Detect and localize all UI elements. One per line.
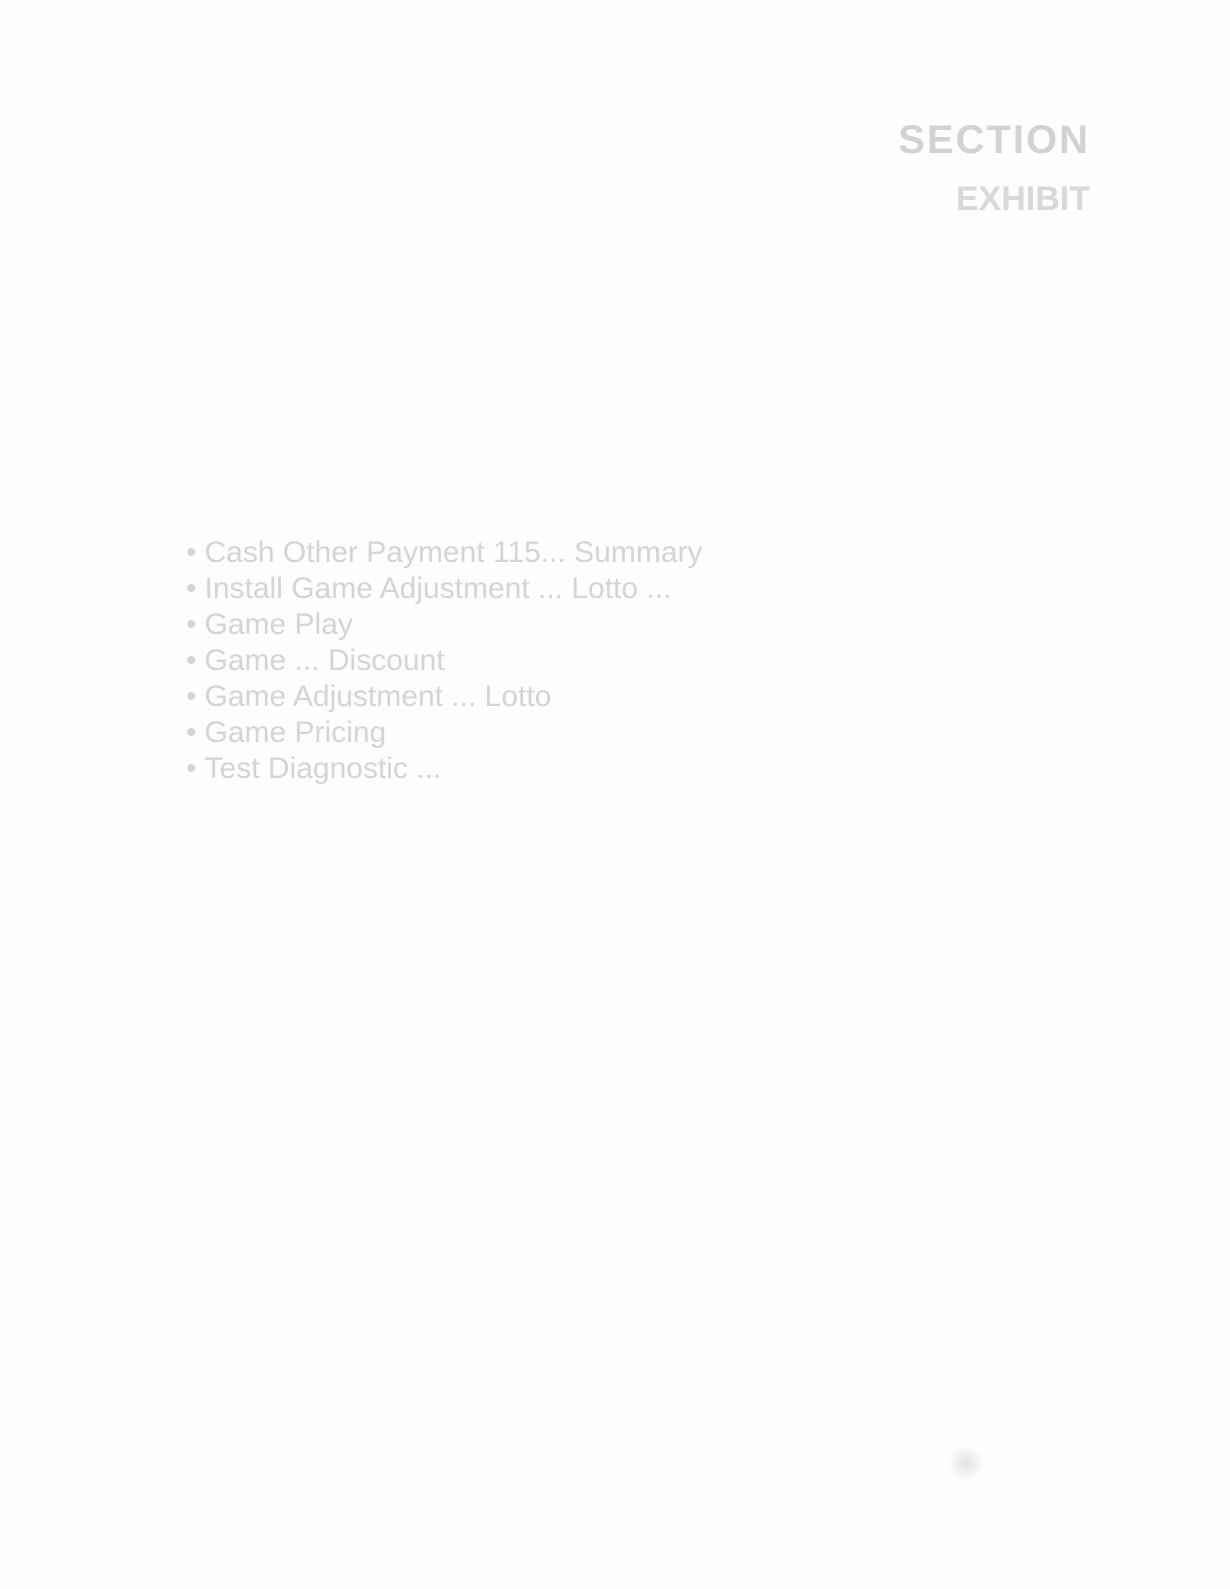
table-cell <box>678 1190 834 1212</box>
bullet-list: Cash Other Payment 115... Summary Instal… <box>186 535 703 787</box>
table-cell <box>522 1146 678 1168</box>
table-cell <box>366 1168 522 1190</box>
column-header <box>210 1080 366 1102</box>
table-row <box>210 1190 990 1212</box>
scan-smudge <box>948 1445 984 1481</box>
list-item: Test Diagnostic ... <box>186 751 703 787</box>
column-header <box>834 1080 990 1102</box>
table-cell <box>210 1190 366 1212</box>
column-header <box>522 1080 678 1102</box>
table-cell <box>366 1212 522 1234</box>
table-cell <box>366 1102 522 1124</box>
table-cell <box>210 1102 366 1124</box>
table-row <box>210 1168 990 1190</box>
table-cell <box>834 1102 990 1124</box>
table-cell <box>522 1212 678 1234</box>
table-cell <box>834 1146 990 1168</box>
heading-line-2: EXHIBIT <box>956 180 1090 219</box>
table-cell <box>834 1212 990 1234</box>
list-item: Game Pricing <box>186 715 703 751</box>
list-item: Game ... Discount <box>186 643 703 679</box>
list-item: Cash Other Payment 115... Summary <box>186 535 703 571</box>
table-cell <box>210 1212 366 1234</box>
list-item: Game Play <box>186 607 703 643</box>
table-cell <box>522 1124 678 1146</box>
table-cell <box>834 1190 990 1212</box>
list-item: Install Game Adjustment ... Lotto ... <box>186 571 703 607</box>
heading-line-1: SECTION <box>898 118 1090 163</box>
table-cell <box>678 1212 834 1234</box>
table-row <box>210 1146 990 1168</box>
table-row <box>210 1102 990 1124</box>
table-row <box>210 1212 990 1234</box>
table-cell <box>366 1190 522 1212</box>
column-header <box>366 1080 522 1102</box>
table-cell <box>678 1124 834 1146</box>
table-cell <box>210 1146 366 1168</box>
table-row <box>210 1124 990 1146</box>
table-cell <box>366 1124 522 1146</box>
table-cell <box>522 1190 678 1212</box>
list-item: Game Adjustment ... Lotto <box>186 679 703 715</box>
table-cell <box>522 1102 678 1124</box>
table-cell <box>678 1146 834 1168</box>
table-cell <box>210 1168 366 1190</box>
data-table <box>210 1080 990 1234</box>
table-cell <box>522 1168 678 1190</box>
table-cell <box>834 1124 990 1146</box>
table-cell <box>210 1124 366 1146</box>
table-header-row <box>210 1080 990 1102</box>
table-cell <box>678 1102 834 1124</box>
table-cell <box>834 1168 990 1190</box>
table-cell <box>366 1146 522 1168</box>
column-header <box>678 1080 834 1102</box>
table-cell <box>678 1168 834 1190</box>
